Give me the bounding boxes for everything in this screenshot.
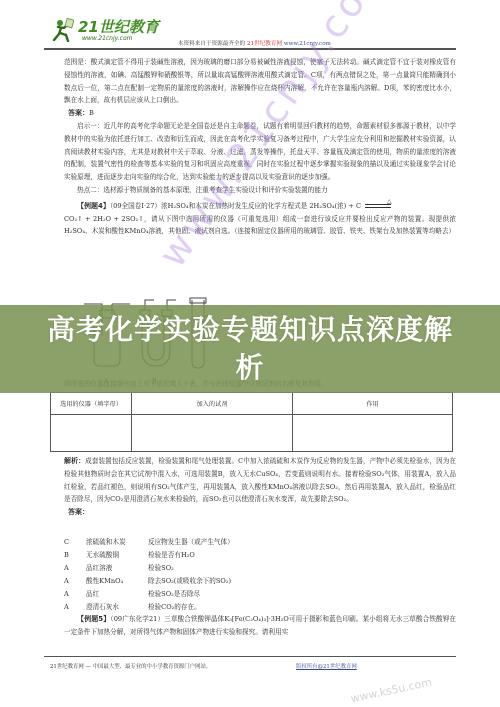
table-cell-instrument[interactable] bbox=[51, 415, 132, 452]
answer-purpose: 检验SO₂ bbox=[148, 562, 174, 575]
example-4-label: 【例题4】 bbox=[77, 202, 110, 210]
table-row bbox=[51, 415, 453, 452]
site-logo[interactable]: 21世纪教育 www.21cnjy.com bbox=[50, 12, 160, 46]
answer-value: B bbox=[89, 109, 94, 117]
example-5-label: 【例题5】 bbox=[77, 615, 110, 623]
answer-2-label: 答案： bbox=[68, 508, 89, 516]
list-item: A 品红 检验SO₂是否除尽 bbox=[64, 588, 364, 601]
header-note: 本资料来自于资源最齐全的 21世纪教育网 www.21cnjy.com bbox=[178, 39, 331, 47]
paragraph-hotspot-two: 热点二：选材源于物质制备的基本原理，注重考查学生实验设计和评价实验装置的能力 bbox=[64, 184, 456, 197]
answer-reagent: 无水硫酸铜 bbox=[86, 549, 148, 562]
footer-tagline: 21世纪教育网 — 中国最大型、最专业的中小学教育资源门户网站。 bbox=[50, 662, 211, 670]
list-item: C 浓硫硫和木炭 反应物发生器（或产生气体） bbox=[64, 536, 364, 549]
answer-purpose: 反应物发生器（或产生气体） bbox=[148, 536, 234, 549]
answer-table: 选用的仪器（填字母） 加入的试剂 作用 bbox=[50, 392, 453, 452]
paragraph-insight-one: 启示一：近几年的高考化学命题无论是全国卷还是自主命题卷，试题有着明显回归教材的趋… bbox=[64, 120, 456, 184]
logo-text: 21世纪教育 bbox=[78, 16, 159, 37]
answer-purpose: 除去SO₂(或吸收余下的SO₂) bbox=[148, 575, 231, 588]
list-item: B 无水硫酸铜 检验是否有H₂O bbox=[64, 549, 364, 562]
header-note-brand: 21世纪教育网 bbox=[247, 41, 282, 47]
table-header-purpose: 作用 bbox=[293, 393, 453, 415]
document-page: 21世纪教育 www.21cnjy.com 本资料来自于资源最齐全的 21世纪教… bbox=[0, 0, 500, 707]
runner-logo-icon bbox=[52, 18, 74, 42]
example-4-statement: 【例题4】（09全国卷Ⅰ·27）浓H₂SO₄和木炭在加热时发生反应的化学方程式是… bbox=[64, 200, 456, 213]
answer-reagent: 品红溶液 bbox=[86, 562, 148, 575]
header-divider bbox=[44, 48, 456, 50]
example-4-text: （09全国卷Ⅰ·27）浓H₂SO₄和木炭在加热时发生反应的化学方程式是 2H₂S… bbox=[110, 202, 361, 210]
table-cell-reagent[interactable] bbox=[132, 415, 293, 452]
analysis-label: 解析： bbox=[64, 457, 85, 465]
example-5-statement: 【例题5】（09广东化学21）三草酸合铁酸钾晶体K₃[Fe(C₂O₄)₃]·3H… bbox=[64, 613, 456, 639]
heat-reaction-arrow-icon bbox=[365, 204, 391, 208]
list-item: A 酸性KMnO₄ 除去SO₂(或吸收余下的SO₂) bbox=[64, 575, 364, 588]
footer-divider bbox=[44, 656, 456, 657]
header-note-prefix: 本资料来自于资源最齐全的 bbox=[178, 41, 245, 47]
answer-instrument: B bbox=[64, 549, 86, 562]
analysis-paragraph: 解析：成套装置包括反应装置，检验装置和尾气处理装置。C中加入浓硫硫和木炭作为反应… bbox=[64, 455, 456, 506]
answer-reagent: 浓硫硫和木炭 bbox=[86, 536, 148, 549]
page-header: 21世纪教育 www.21cnjy.com 本资料来自于资源最齐全的 21世纪教… bbox=[50, 12, 455, 48]
logo-url: www.21cnjy.com bbox=[82, 35, 132, 42]
answer-reagent: 品红 bbox=[86, 588, 148, 601]
answer-purpose: 检验SO₂是否除尽 bbox=[148, 588, 200, 601]
answer-purpose: 检验是否有H₂O bbox=[148, 549, 195, 562]
title-banner: 高考化学实验专题知识点深度解析 bbox=[0, 305, 500, 393]
banner-title: 高考化学实验专题知识点深度解析 bbox=[40, 311, 460, 387]
example-5-section: 【例题5】（09广东化学21）三草酸合铁酸钾晶体K₃[Fe(C₂O₄)₃]·3H… bbox=[64, 613, 456, 639]
answer-line: 答案：B bbox=[64, 107, 456, 120]
header-note-site-link[interactable]: www.21cnjy.com bbox=[284, 41, 331, 47]
answer-instrument: A bbox=[64, 588, 86, 601]
answer-list: C 浓硫硫和木炭 反应物发生器（或产生气体） B 无水硫酸铜 检验是否有H₂O … bbox=[64, 536, 364, 614]
table-cell-purpose[interactable] bbox=[293, 415, 453, 452]
document-body: 范围是：酸式滴定管不得用于装碱性溶液，因为玻璃的磨口部分易被碱性溶液侵蚀，使塞子… bbox=[64, 56, 456, 238]
answer-instrument: A bbox=[64, 575, 86, 588]
paragraph-explanation: 范围是：酸式滴定管不得用于装碱性溶液，因为玻璃的磨口部分易被碱性溶液侵蚀，使塞子… bbox=[64, 56, 456, 107]
answer-2-line: 答案： bbox=[64, 506, 456, 519]
example-4-continuation: CO₂↑ + 2H₂O + 2SO₂↑，请从下图中选用所需的仪器（可重复选用）组… bbox=[64, 213, 456, 239]
answer-label: 答案： bbox=[68, 109, 89, 117]
answer-reagent: 酸性KMnO₄ bbox=[86, 575, 148, 588]
answer-instrument: C bbox=[64, 536, 86, 549]
example-5-text: （09广东化学21）三草酸合铁酸钾晶体K₃[Fe(C₂O₄)₃]·3H₂O可用于… bbox=[64, 615, 456, 636]
answer-instrument: A bbox=[64, 562, 86, 575]
table-header-row: 选用的仪器（填字母） 加入的试剂 作用 bbox=[51, 393, 453, 415]
watermark-corner: www.ks5u.com bbox=[350, 676, 433, 706]
footer-copyright-link[interactable]: 版权所有@21世纪教育网 bbox=[296, 662, 357, 670]
analysis-text: 成套装置包括反应装置，检验装置和尾气处理装置。C中加入浓硫硫和木炭作为反应物的发… bbox=[64, 457, 456, 503]
analysis-section: 解析：成套装置包括反应装置，检验装置和尾气处理装置。C中加入浓硫硫和木炭作为反应… bbox=[64, 455, 456, 519]
list-item: A 品红溶液 检验SO₂ bbox=[64, 562, 364, 575]
table-header-reagent: 加入的试剂 bbox=[132, 393, 293, 415]
table-header-instrument: 选用的仪器（填字母） bbox=[51, 393, 132, 415]
